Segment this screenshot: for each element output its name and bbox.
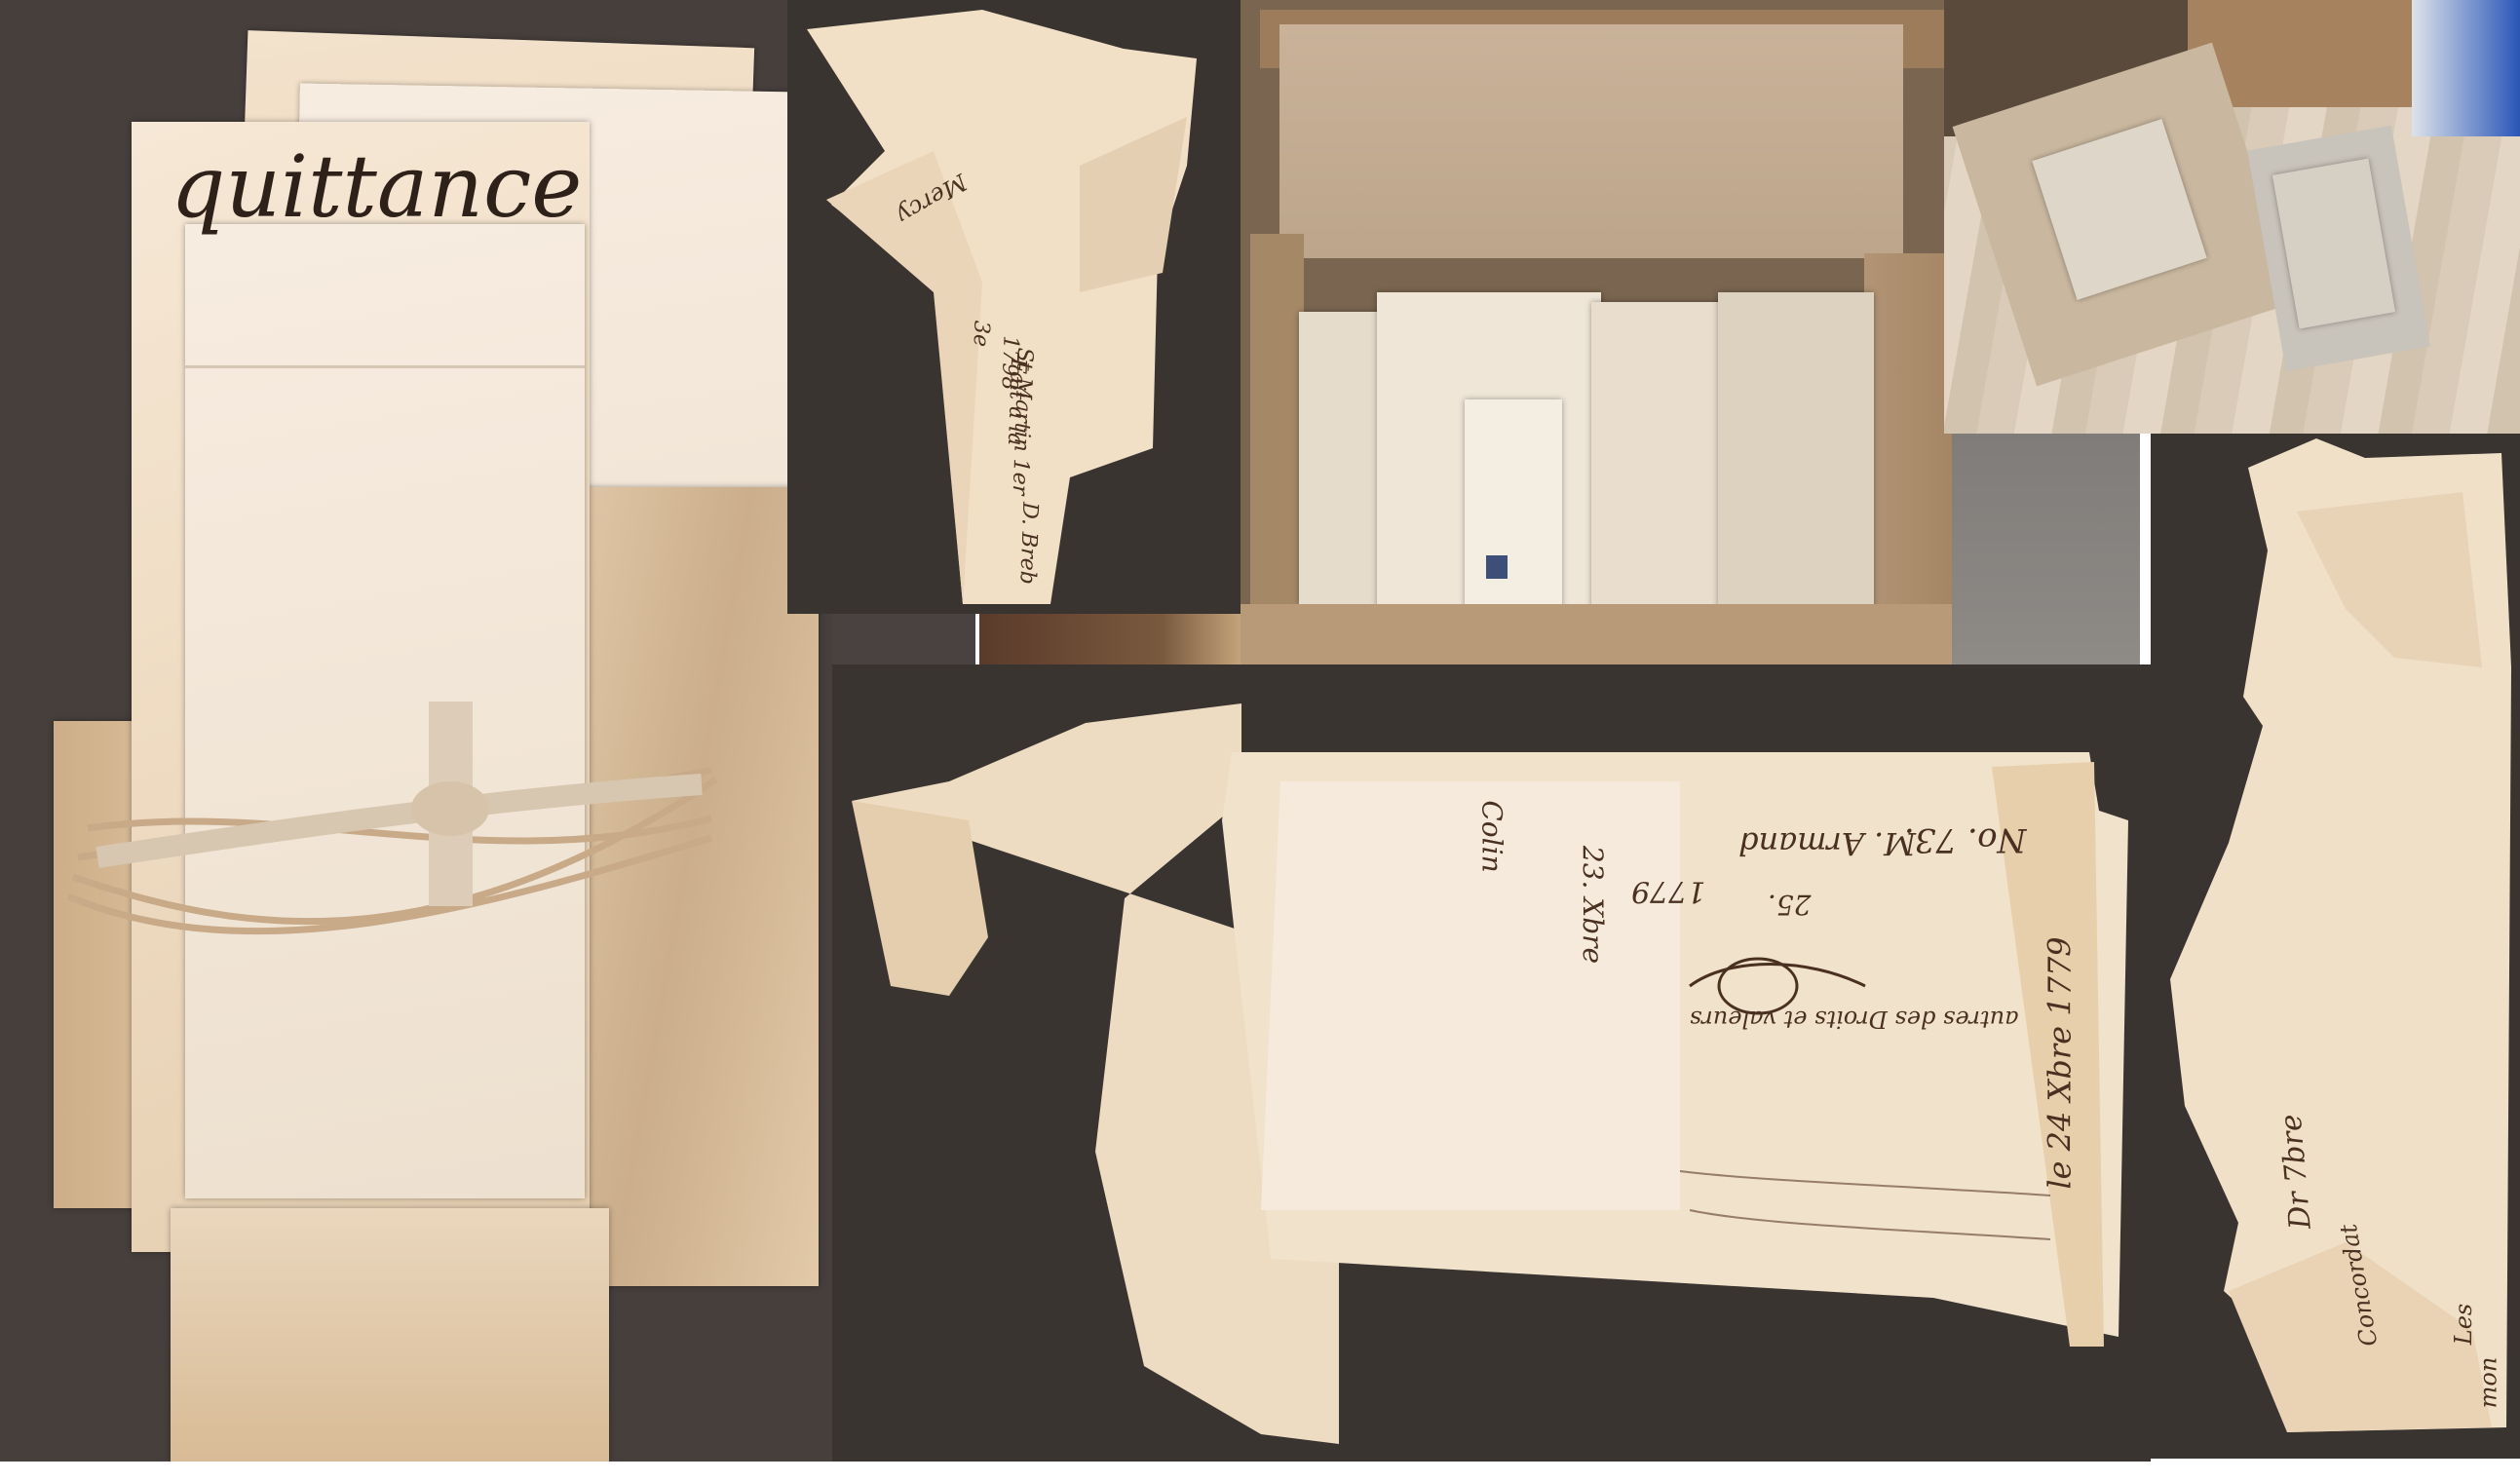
binders bbox=[2412, 0, 2520, 136]
letters-stack-4 bbox=[1718, 292, 1874, 624]
postage-stamp bbox=[1486, 555, 1508, 579]
strip-photo bbox=[979, 614, 1241, 665]
letter-text-5: D. Breb bbox=[1014, 502, 1042, 585]
panel-bundle: quittance bbox=[0, 0, 832, 1462]
box-left-wall bbox=[1250, 234, 1304, 643]
fragment-text-3: Les bbox=[2450, 1304, 2477, 1345]
panel-unfolded-document: No. 73. M. Armand 25. 1779 23. Xbre Coli… bbox=[832, 665, 2151, 1462]
panel-boxes-room bbox=[1944, 0, 2520, 434]
string-tie bbox=[0, 0, 832, 1462]
panel-torn-fragment: Dr 7bre Concordat Les mon bbox=[2151, 434, 2520, 1459]
fragment-text-4: mon bbox=[2474, 1357, 2501, 1409]
box-open-flap bbox=[1279, 24, 1903, 258]
panel-folded-letter: Fait a la St Martin 1er 1798 3e D. Breb … bbox=[787, 0, 1241, 614]
doc-signature-flourish bbox=[832, 665, 2151, 1462]
strip-fragment bbox=[832, 614, 975, 665]
folded-letter-shape bbox=[787, 0, 1241, 614]
letters-stack-3 bbox=[1591, 302, 1728, 614]
box-front-wall bbox=[1241, 604, 1952, 665]
letter-text-3: 1798 bbox=[997, 335, 1023, 391]
box-right-wall bbox=[1864, 253, 1952, 633]
envelope-stamped bbox=[1465, 399, 1562, 614]
letter-text-4: 3e bbox=[969, 321, 994, 348]
